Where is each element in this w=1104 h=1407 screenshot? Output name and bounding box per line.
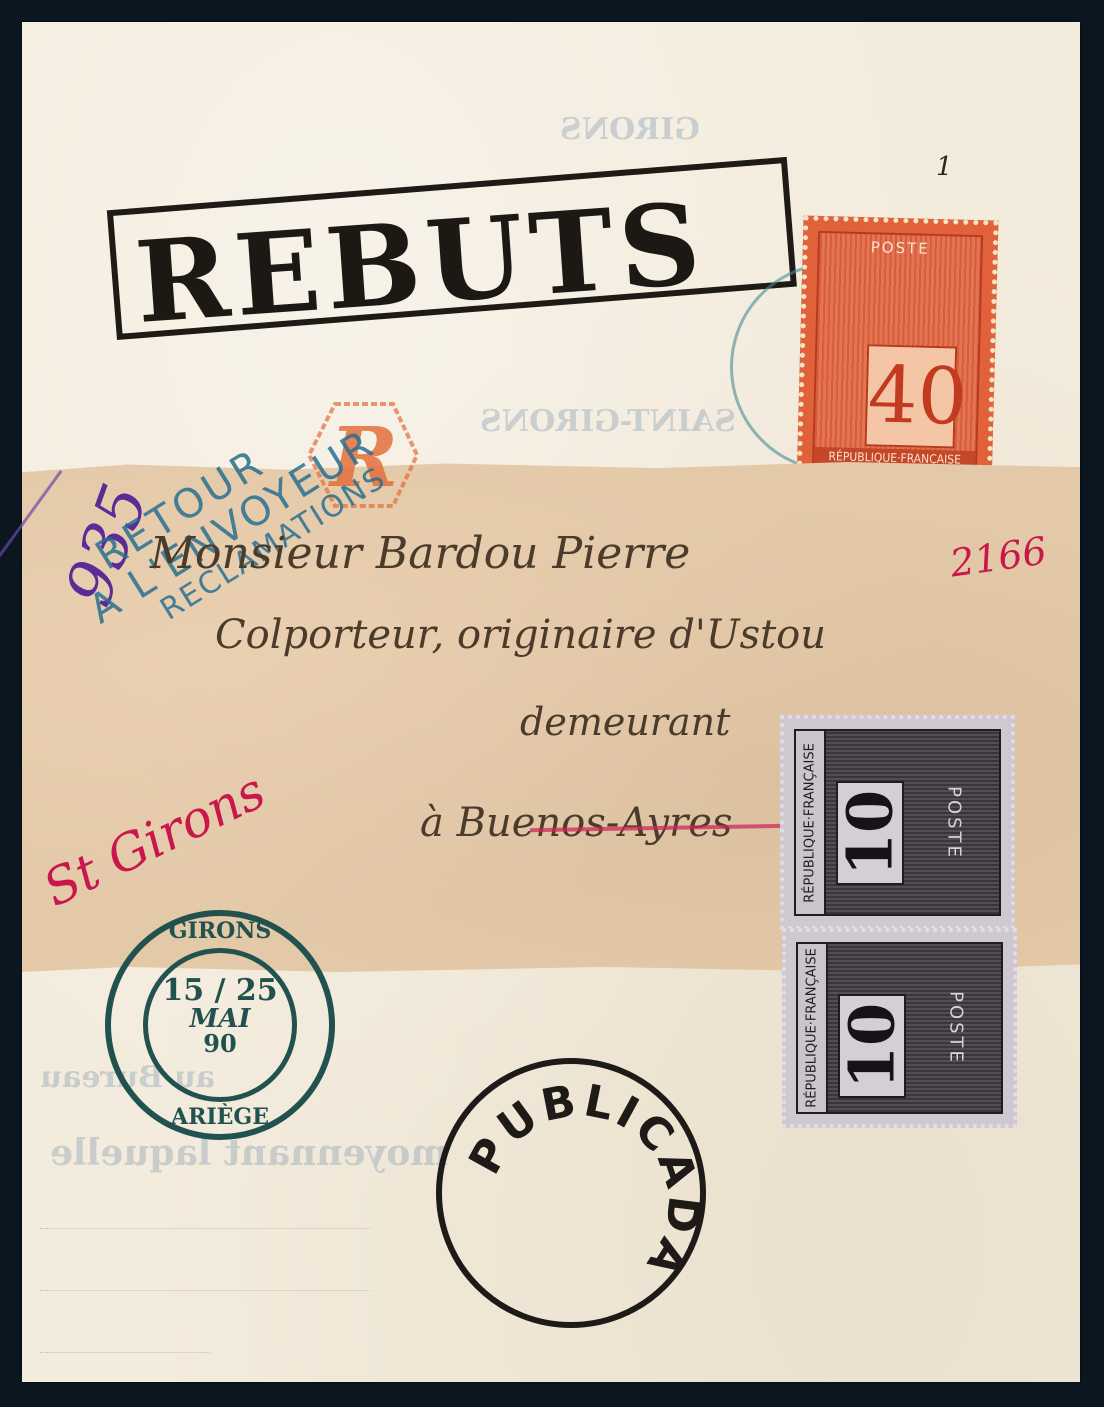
- stamp-label-side: RÉPUBLIQUE·FRANÇAISE: [798, 944, 828, 1112]
- publicada-handstamp: PUBLICADA: [436, 1058, 706, 1328]
- stamp-40c: POSTE 40 RÉPUBLIQUE·FRANÇAISE: [796, 215, 998, 490]
- stamp-label-side: RÉPUBLIQUE·FRANÇAISE: [796, 731, 826, 914]
- printed-rule: [40, 1352, 210, 1353]
- stamp-10c-upper: RÉPUBLIQUE·FRANÇAISE 10 POSTE: [780, 715, 1015, 930]
- corner-mark: 1: [936, 152, 953, 182]
- stamp-value-box: 10: [838, 994, 906, 1098]
- offset-print-top: GIRONS: [560, 112, 700, 147]
- stamp-design: POSTE 40 RÉPUBLIQUE·FRANÇAISE: [812, 231, 983, 475]
- stamp-design: RÉPUBLIQUE·FRANÇAISE 10 POSTE: [794, 729, 1001, 916]
- address-line-1: Monsieur Bardou Pierre: [150, 528, 690, 579]
- postmark-town: GIRONS: [111, 918, 329, 944]
- printed-rule: [40, 1290, 370, 1291]
- address-line-3: demeurant: [520, 700, 730, 744]
- stamp-value-box: 10: [836, 781, 904, 885]
- saint-girons-postmark: GIRONS 15 / 25 MAI 90 ARIÈGE: [105, 910, 335, 1140]
- stamp-label-top: POSTE: [820, 237, 981, 259]
- printed-rule: [40, 1228, 370, 1229]
- svg-text:PUBLICADA: PUBLICADA: [459, 1075, 706, 1289]
- address-line-2: Colporteur, originaire d'Ustou: [215, 612, 826, 658]
- offset-print-mid: SAINT-GIRONS: [480, 404, 736, 439]
- stamp-10c-lower: RÉPUBLIQUE·FRANÇAISE 10 POSTE: [782, 928, 1017, 1128]
- postmark-day: 15 / 25: [111, 976, 329, 1006]
- postmark-year: 90: [111, 1032, 329, 1056]
- publicada-text-ring: PUBLICADA: [436, 1058, 706, 1328]
- offset-print-left-2: moyennant laquelle: [50, 1132, 448, 1174]
- postmark-date: 15 / 25 MAI 90: [111, 976, 329, 1056]
- stamp-label-poste: POSTE: [944, 786, 965, 860]
- postmark-department: ARIÈGE: [111, 1104, 329, 1130]
- stamp-value: 10: [834, 790, 907, 876]
- stamp-value: 40: [865, 344, 958, 448]
- stamp-design: RÉPUBLIQUE·FRANÇAISE 10 POSTE: [796, 942, 1003, 1114]
- stamp-value: 10: [836, 1003, 909, 1089]
- address-line-4: à Buenos-Ayres: [420, 800, 732, 846]
- stamp-label-poste: POSTE: [946, 991, 967, 1065]
